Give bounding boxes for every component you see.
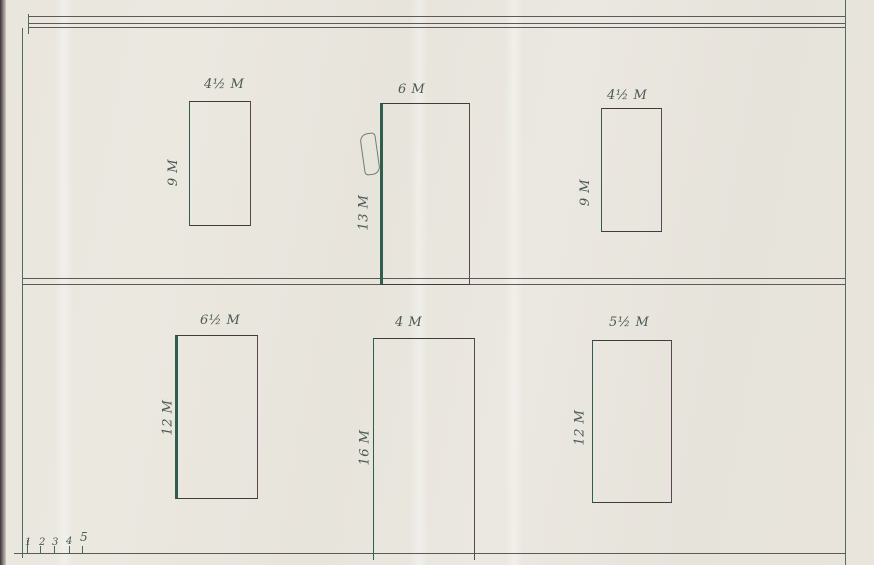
- top-left-mark: [28, 14, 29, 34]
- rect-a-width-label: 4½ M: [204, 77, 244, 92]
- ruler-number: 1: [25, 537, 31, 548]
- rect-a-height-label: 9 M: [166, 159, 181, 186]
- paper-crease: [505, 0, 523, 565]
- rect-f-width-label: 5½ M: [609, 315, 649, 330]
- rectangle-e: [373, 338, 475, 560]
- rectangle-d: [175, 335, 258, 499]
- pencil-scribble: [359, 132, 381, 176]
- rect-b-width-label: 6 M: [398, 82, 425, 97]
- rectangle-a: [189, 101, 251, 226]
- paper-sheet: 4½ M 9 M 6 M 13 M 4½ M 9 M 6½ M 12 M 4 M…: [0, 0, 874, 565]
- rect-e-width-label: 4 M: [395, 315, 422, 330]
- paper-crease: [55, 0, 73, 565]
- ruler-tick: [69, 546, 70, 554]
- sheet-edge: [0, 0, 6, 565]
- rectangle-f: [592, 340, 672, 503]
- rectangle-c: [601, 108, 662, 232]
- rectangle-b: [380, 103, 470, 285]
- left-margin-line: [22, 28, 23, 558]
- rect-f-height-label: 12 M: [573, 410, 588, 446]
- ruler-number: 3: [52, 537, 58, 548]
- ruler-number: 2: [39, 537, 45, 548]
- rect-d-height-label: 12 M: [161, 400, 176, 436]
- ruler-tick: [82, 546, 83, 554]
- top-border-line: [28, 16, 846, 17]
- rect-b-height-label: 13 M: [357, 195, 372, 231]
- ruler-number: 4: [66, 536, 72, 547]
- top-border-line: [28, 23, 846, 24]
- rect-c-height-label: 9 M: [578, 179, 593, 206]
- rect-e-height-label: 16 M: [358, 430, 373, 466]
- ruler-number: 5: [80, 530, 88, 544]
- top-border-line: [28, 27, 846, 28]
- rect-d-width-label: 6½ M: [200, 313, 240, 328]
- right-margin-line: [845, 0, 846, 565]
- rect-c-width-label: 4½ M: [607, 88, 647, 103]
